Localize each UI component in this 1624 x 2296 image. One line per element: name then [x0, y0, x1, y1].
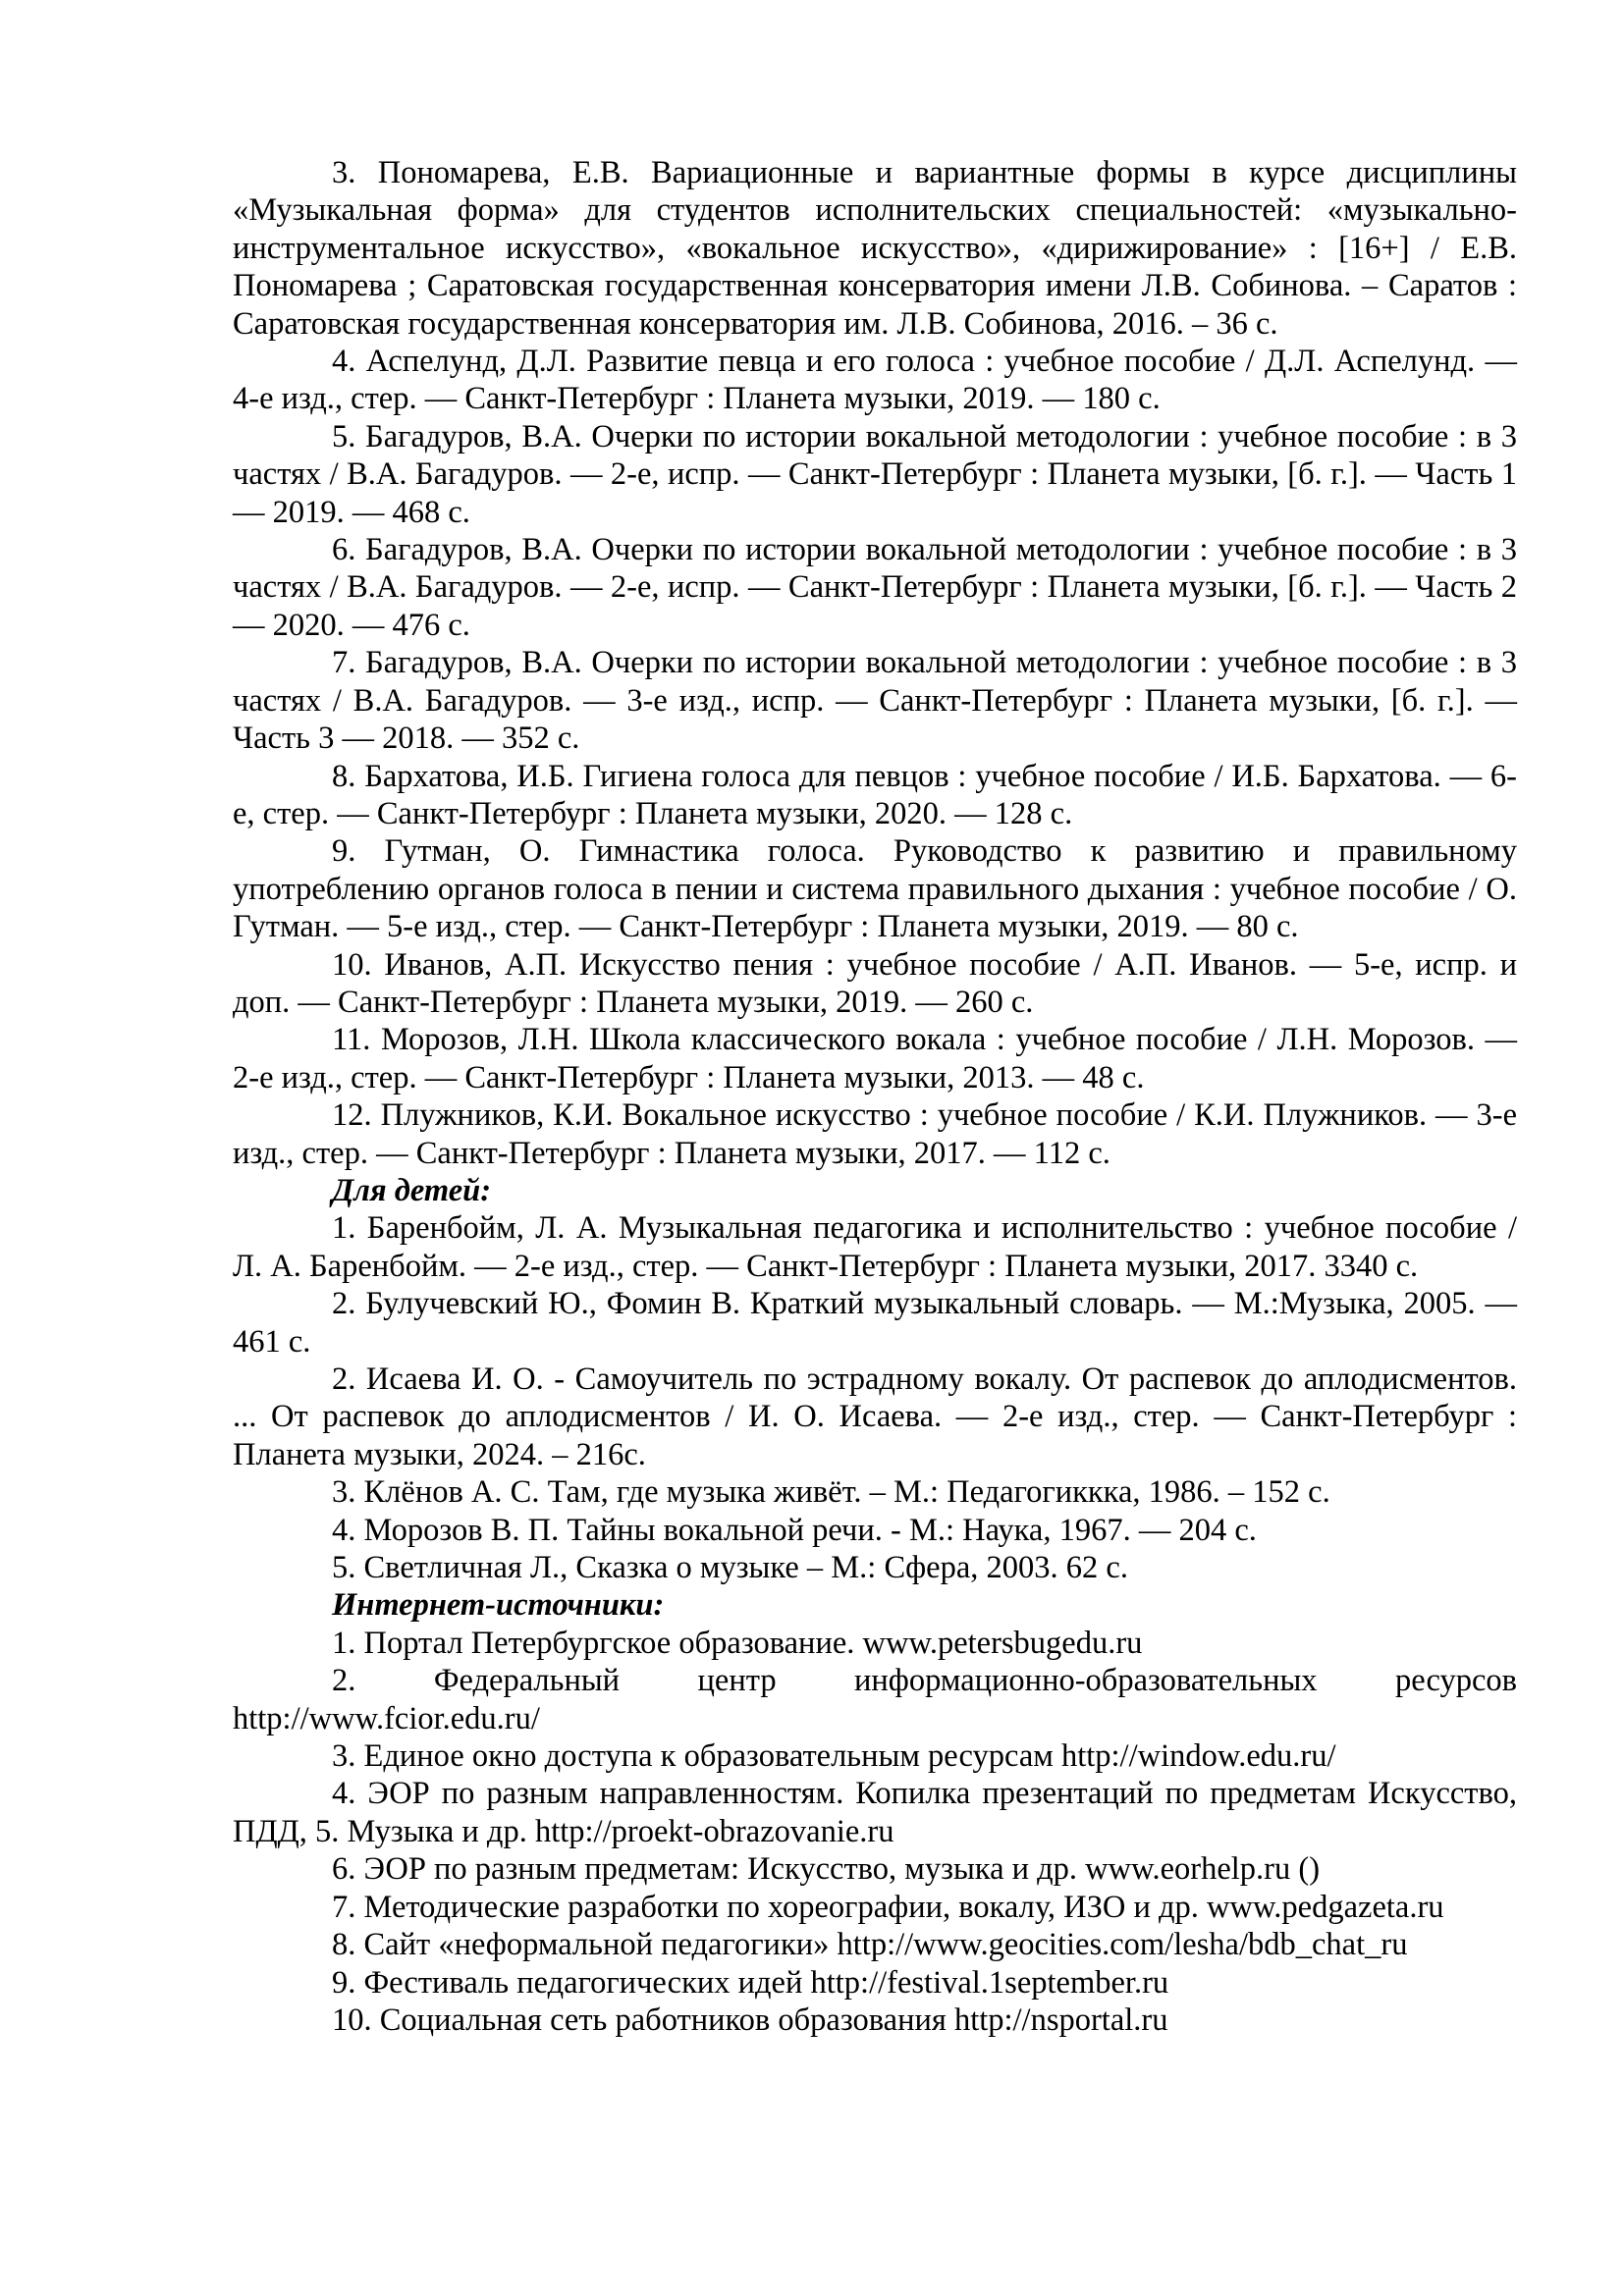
internet-source-item: 4. ЭОР по разным направленностям. Копилк…: [233, 1775, 1517, 1850]
internet-source-item: 2. Федеральный центр информационно-образ…: [233, 1662, 1517, 1737]
reference-list: 3. Пономарева, Е.В. Вариационные и вариа…: [233, 154, 1517, 1172]
internet-source-item: 6. ЭОР по разным предметам: Искусство, м…: [233, 1850, 1517, 1888]
children-reference-item: 4. Морозов В. П. Тайны вокальной речи. -…: [233, 1512, 1517, 1549]
internet-source-item: 10. Социальная сеть работников образован…: [233, 2002, 1517, 2039]
reference-item: 10. Иванов, А.П. Искусство пения : учебн…: [233, 946, 1517, 1022]
reference-item: 12. Плужников, К.И. Вокальное искусство …: [233, 1096, 1517, 1172]
internet-section: Интернет-источники: 1. Портал Петербургс…: [233, 1586, 1517, 2039]
internet-section-heading: Интернет-источники:: [233, 1586, 1517, 1624]
children-reference-item: 3. Клёнов А. С. Там, где музыка живёт. –…: [233, 1473, 1517, 1511]
children-reference-item: 5. Светличная Л., Сказка о музыке – М.: …: [233, 1549, 1517, 1586]
reference-item: 3. Пономарева, Е.В. Вариационные и вариа…: [233, 154, 1517, 343]
children-section-heading: Для детей:: [233, 1172, 1517, 1209]
children-reference-item: 2. Булучевский Ю., Фомин В. Краткий музы…: [233, 1285, 1517, 1361]
internet-source-item: 9. Фестиваль педагогических идей http://…: [233, 1964, 1517, 2002]
reference-item: 5. Багадуров, В.А. Очерки по истории вок…: [233, 418, 1517, 531]
reference-item: 4. Аспелунд, Д.Л. Развитие певца и его г…: [233, 343, 1517, 418]
reference-item: 11. Морозов, Л.Н. Школа классического во…: [233, 1021, 1517, 1096]
internet-source-item: 7. Методические разработки по хореографи…: [233, 1889, 1517, 1926]
reference-item: 7. Багадуров, В.А. Очерки по истории вок…: [233, 644, 1517, 757]
document-page: 3. Пономарева, Е.В. Вариационные и вариа…: [233, 154, 1517, 2039]
children-reference-item: 1. Баренбойм, Л. А. Музыкальная педагоги…: [233, 1209, 1517, 1285]
reference-item: 8. Бархатова, И.Б. Гигиена голоса для пе…: [233, 758, 1517, 833]
internet-source-item: 1. Портал Петербургское образование. www…: [233, 1625, 1517, 1662]
children-reference-item: 2. Исаева И. О. - Самоучитель по эстрадн…: [233, 1361, 1517, 1473]
reference-item: 9. Гутман, О. Гимнастика голоса. Руковод…: [233, 832, 1517, 945]
internet-source-item: 8. Сайт «неформальной педагогики» http:/…: [233, 1926, 1517, 1963]
children-section: Для детей: 1. Баренбойм, Л. А. Музыкальн…: [233, 1172, 1517, 1586]
reference-item: 6. Багадуров, В.А. Очерки по истории вок…: [233, 531, 1517, 644]
internet-source-item: 3. Единое окно доступа к образовательным…: [233, 1737, 1517, 1775]
